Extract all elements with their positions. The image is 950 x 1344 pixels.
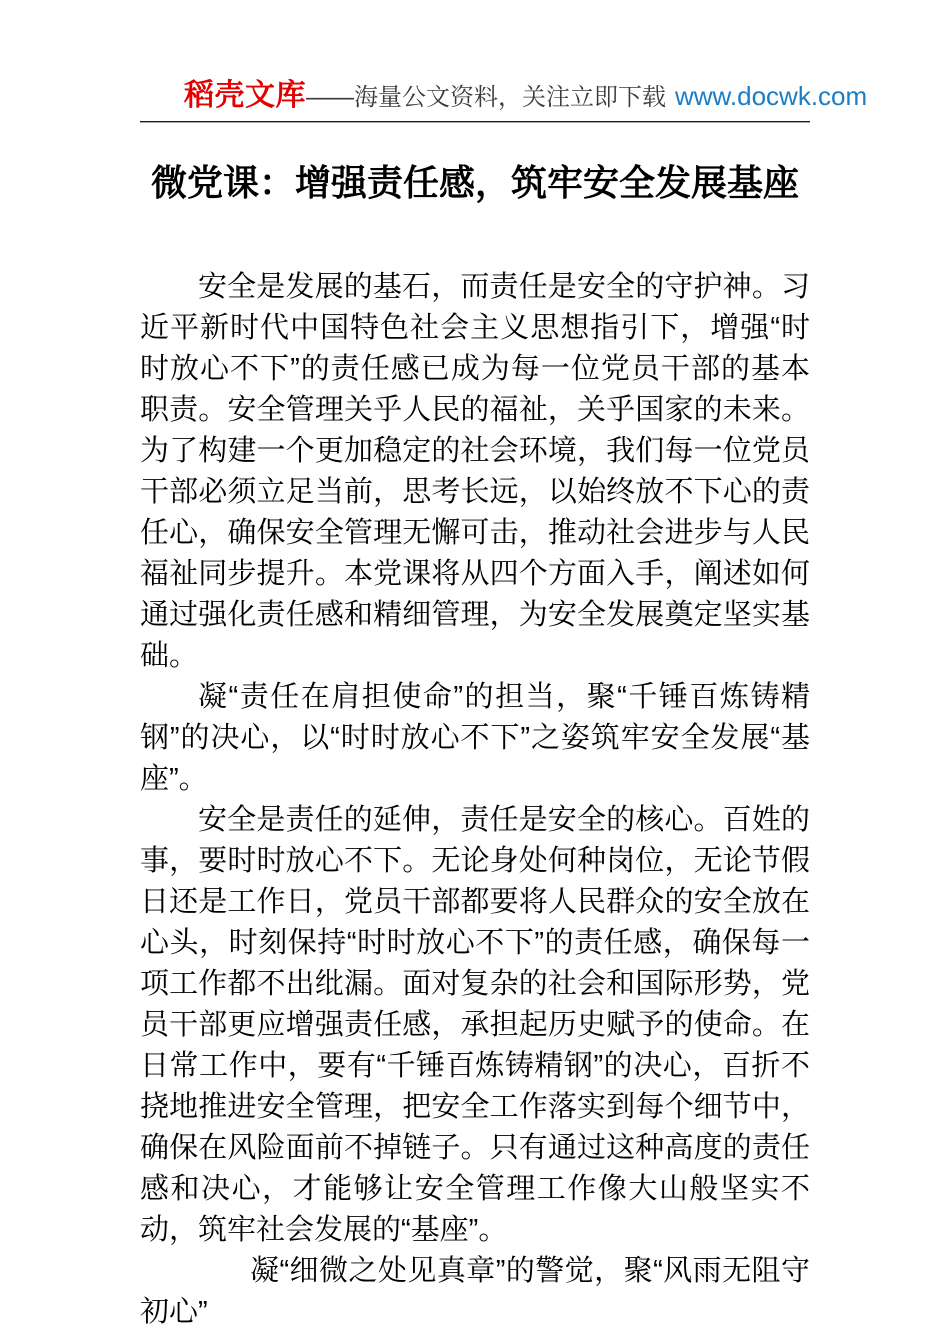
paragraph: 凝“责任在肩担使命”的担当，聚“千锤百炼铸精钢”的决心，以“时时放心不下”之姿筑… — [140, 677, 810, 800]
header-tagline: ——海量公文资料，关注立即下载 — [306, 77, 666, 112]
header-brand-row: 稻壳文库 ——海量公文资料，关注立即下载 www.docwk.com — [140, 70, 810, 114]
site-url-link[interactable]: www.docwk.com — [675, 81, 867, 112]
document-body: 安全是发展的基石，而责任是安全的守护神。习近平新时代中国特色社会主义思想指引下，… — [140, 267, 810, 1333]
header-divider — [140, 121, 810, 123]
document-page: 稻壳文库 ——海量公文资料，关注立即下载 www.docwk.com 微党课：增… — [0, 0, 950, 1344]
paragraph: 安全是责任的延伸，责任是安全的核心。百姓的事，要时时放心不下。无论身处何种岗位，… — [140, 800, 810, 1251]
brand-logo-text: 稻壳文库 — [184, 70, 306, 114]
paragraph: 安全是发展的基石，而责任是安全的守护神。习近平新时代中国特色社会主义思想指引下，… — [140, 267, 810, 677]
document-title: 微党课：增强责任感，筑牢安全发展基座 — [140, 157, 810, 209]
paragraph: 凝“细微之处见真章”的警觉，聚“风雨无阻守初心” — [140, 1251, 810, 1333]
page-header: 稻壳文库 ——海量公文资料，关注立即下载 www.docwk.com — [140, 0, 810, 123]
